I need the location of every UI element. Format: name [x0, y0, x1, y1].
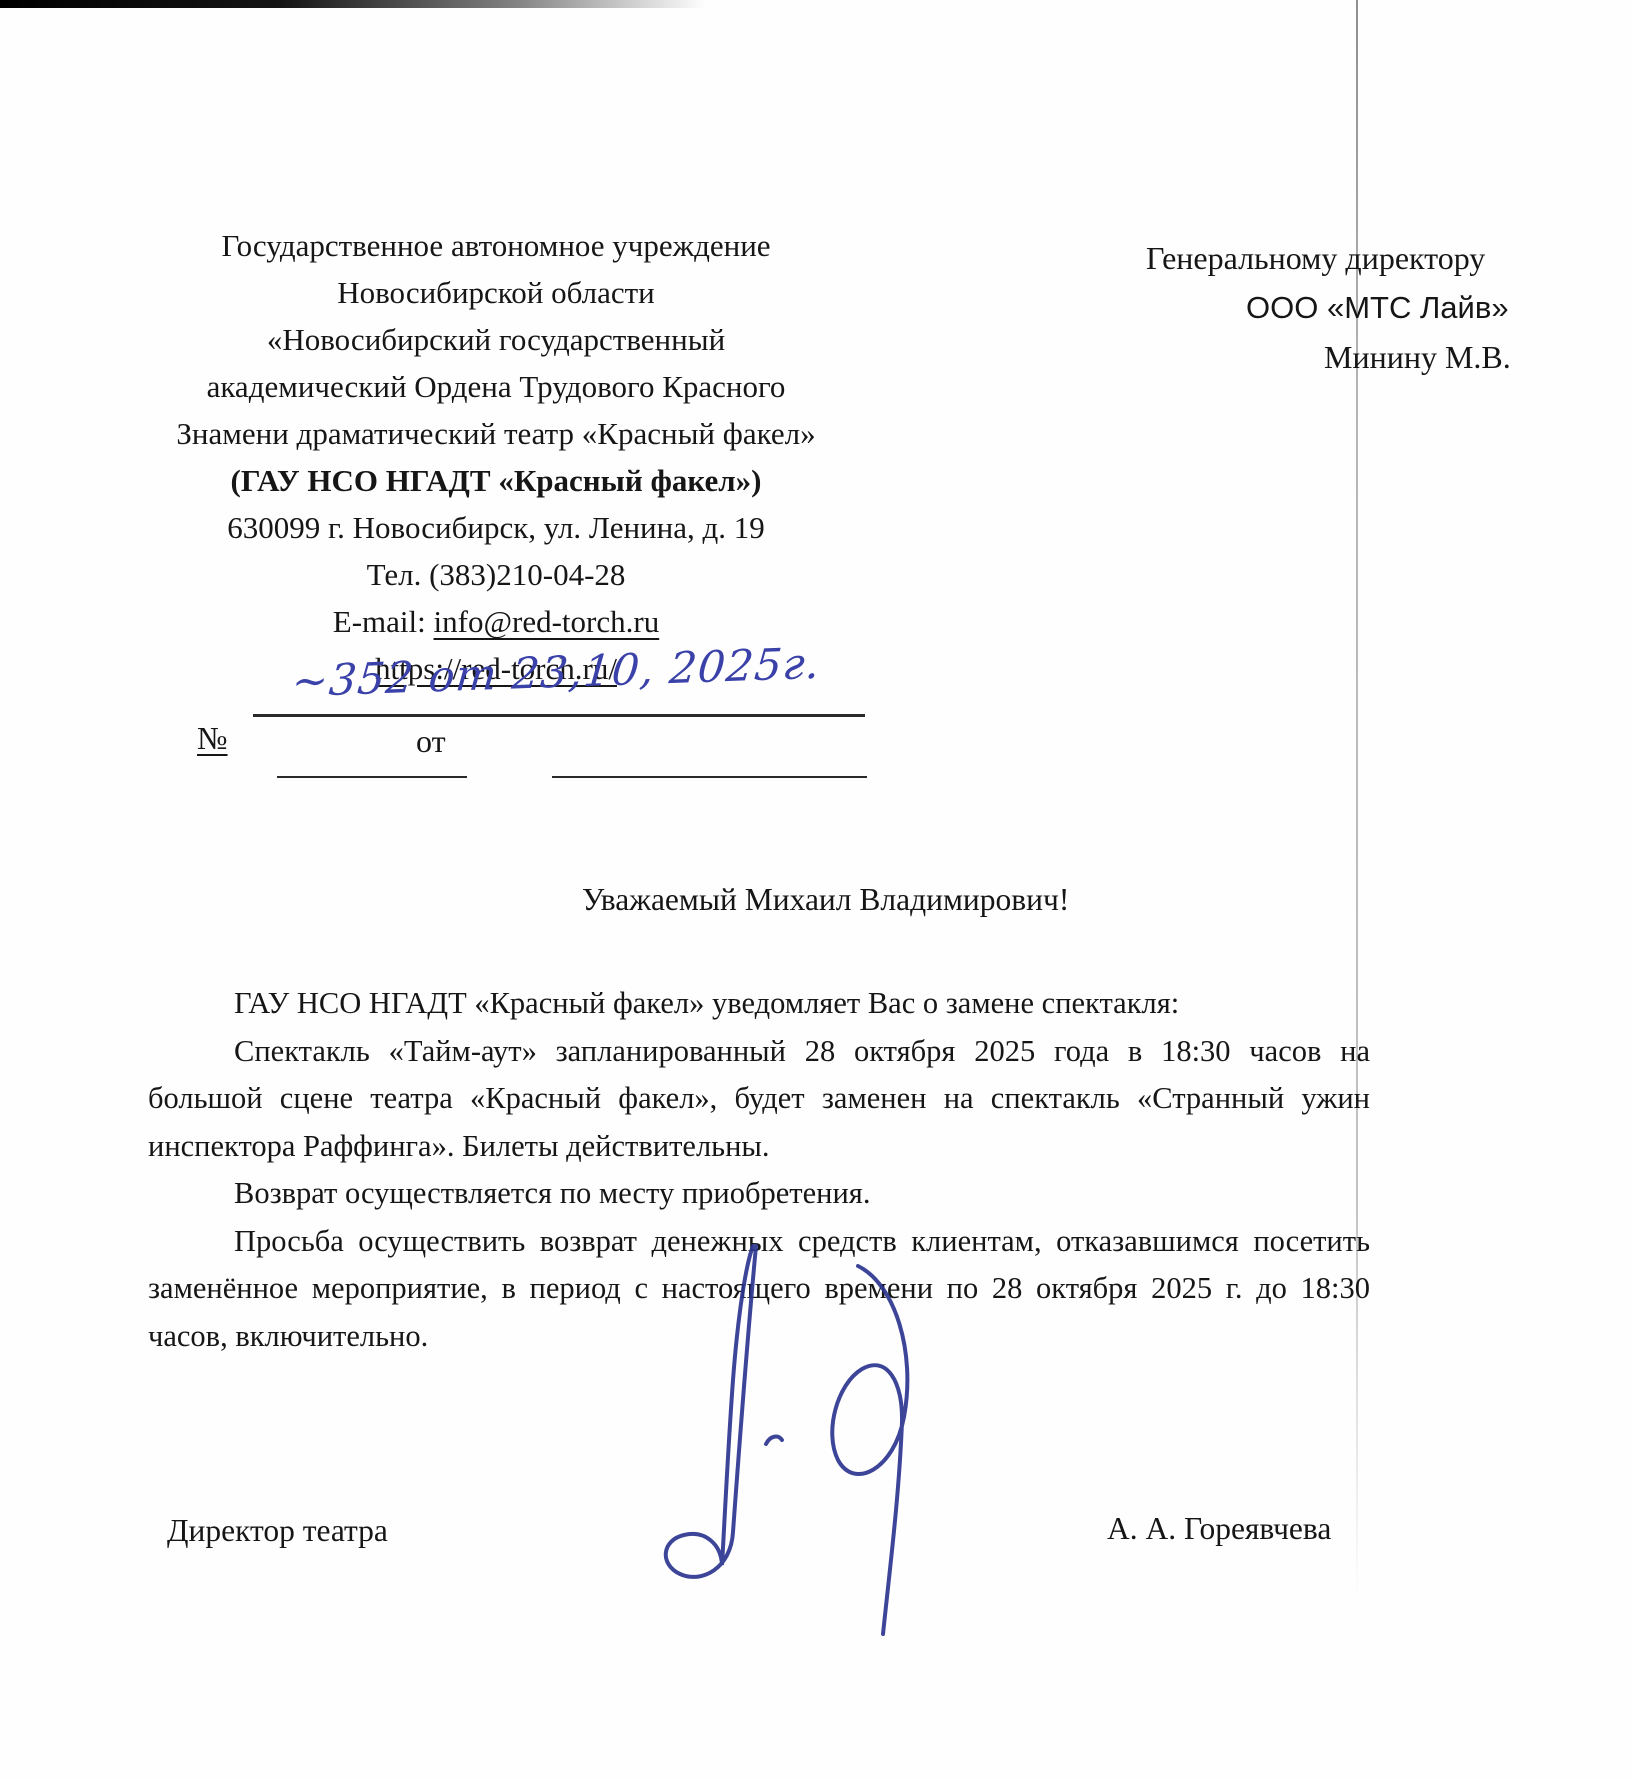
- body-paragraph-3: Возврат осуществляется по месту приобрет…: [148, 1170, 1370, 1218]
- ref-underline-long: [253, 714, 865, 717]
- ref-number-label: №: [197, 720, 228, 757]
- letterhead: Государственное автономное учреждение Но…: [140, 222, 852, 692]
- org-name-line: Новосибирской области: [140, 269, 852, 316]
- org-name-line: «Новосибирский государственный: [140, 316, 852, 363]
- org-phone: Тел. (383)210-04-28: [140, 551, 852, 598]
- scan-artifact-top-band: [0, 0, 705, 8]
- ref-blank-line-left: [277, 776, 467, 778]
- signature-ink: [590, 1232, 930, 1652]
- org-name-line: академический Ордена Трудового Красного: [140, 363, 852, 410]
- org-short-name: (ГАУ НСО НГАДТ «Красный факел»): [140, 457, 852, 504]
- org-name-line: Государственное автономное учреждение: [140, 222, 852, 269]
- signer-name: А. А. Гореявчева: [1107, 1511, 1331, 1547]
- ref-date-label: от: [416, 723, 446, 760]
- recipient-name: Минину М.В.: [1324, 339, 1511, 376]
- ref-blank-line-right: [552, 776, 867, 778]
- recipient-company: ООО «МТС Лайв»: [1246, 290, 1509, 326]
- org-address: 630099 г. Новосибирск, ул. Ленина, д. 19: [140, 504, 852, 551]
- org-email-line: E-mail: info@red-torch.ru: [140, 598, 852, 645]
- signer-title: Директор театра: [167, 1513, 388, 1549]
- salutation: Уважаемый Михаил Владимирович!: [582, 882, 1069, 918]
- scanned-letter-page: Государственное автономное учреждение Но…: [0, 0, 1632, 1780]
- org-name-line: Знамени драматический театр «Красный фак…: [140, 410, 852, 457]
- body-paragraph-1: ГАУ НСО НГАДТ «Красный факел» уведомляет…: [148, 980, 1370, 1028]
- body-paragraph-2: Спектакль «Тайм-аут» запланированный 28 …: [148, 1028, 1370, 1171]
- recipient-position: Генеральному директору: [1146, 240, 1485, 277]
- email-value: info@red-torch.ru: [434, 604, 660, 639]
- email-label: E-mail:: [333, 604, 434, 639]
